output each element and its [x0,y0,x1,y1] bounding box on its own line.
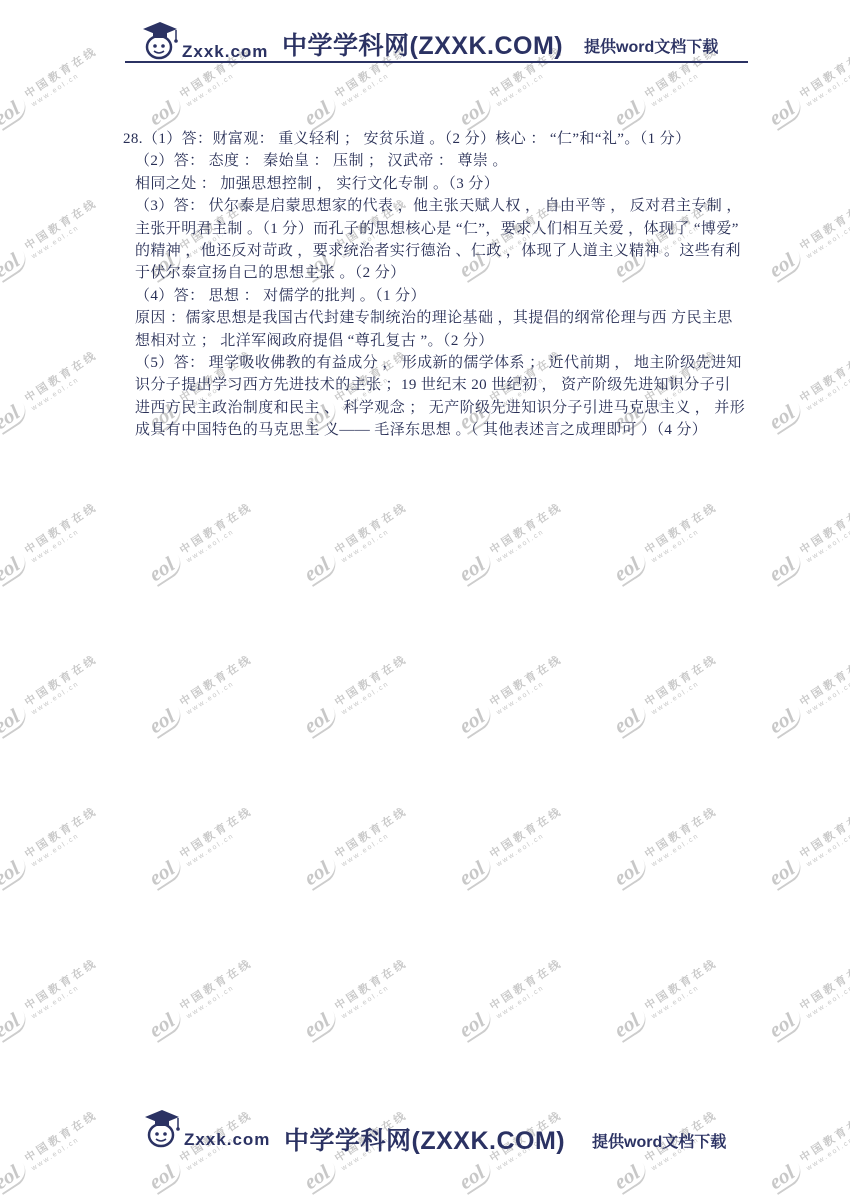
watermark-text-stack: 中国教育在线 www.eol.cn [798,350,850,414]
answer-line: （5）答： 理学吸收佛教的有益成分 ， 形成新的儒学体系 ； 近代前期 ， 地主… [135,352,745,374]
eol-logo: eol [457,704,496,739]
eol-watermark: eol 中国教育在线 www.eol.cn [156,809,286,901]
eol-logo: eol [767,552,806,587]
watermark-site-name: 中国教育在线 [23,958,99,1013]
watermark-text-stack: 中国教育在线 www.eol.cn [643,502,725,566]
answer-line: 原因 ：儒家思想是我国古代封建专制统治的理论基础 ，其提倡的纲常伦理与西 方民主… [135,307,745,329]
eol-watermark: eol 中国教育在线 www.eol.cn [1,353,131,445]
watermark-site-name: 中国教育在线 [23,806,99,861]
answer-line: 28.（1）答：财富观： 重义轻利 ； 安贫乐道 。（2 分）核心 ： “仁”和… [123,128,745,150]
watermark-text-stack: 中国教育在线 www.eol.cn [643,654,725,718]
eol-logo: eol [302,96,341,131]
eol-watermark-content: eol 中国教育在线 www.eol.cn [146,958,261,1043]
eol-watermark: eol 中国教育在线 www.eol.cn [776,809,850,901]
footer: Zxxk.com 中学学科网(ZXXK.COM) 提供word文档下载 [0,1090,850,1160]
watermark-text-stack: 中国教育在线 www.eol.cn [178,958,260,1022]
eol-watermark-content: eol 中国教育在线 www.eol.cn [146,502,261,587]
watermark-site-name: 中国教育在线 [643,654,719,709]
document-page: eol 中国教育在线 www.eol.cn eol 中国教育在线 www.eol… [0,0,850,1202]
eol-watermark: eol 中国教育在线 www.eol.cn [776,657,850,749]
watermark-text-stack: 中国教育在线 www.eol.cn [23,806,105,870]
answer-line: 于伏尔泰宣扬自己的思想主张 。（2 分） [135,262,745,284]
eol-watermark-content: eol 中国教育在线 www.eol.cn [611,654,726,739]
eol-logo: eol [147,1160,186,1195]
eol-logo: eol [767,248,806,283]
watermark-text-stack: 中国教育在线 www.eol.cn [488,806,570,870]
eol-watermark: eol 中国教育在线 www.eol.cn [1,657,131,749]
eol-watermark-content: eol 中国教育在线 www.eol.cn [611,502,726,587]
answer-line: 相同之处 ： 加强思想控制 ， 实行文化专制 。（3 分） [135,173,745,195]
eol-logo: eol [457,1160,496,1195]
eol-logo: eol [767,1160,806,1195]
eol-watermark-content: eol 中国教育在线 www.eol.cn [611,958,726,1043]
eol-watermark: eol 中国教育在线 www.eol.cn [156,505,286,597]
eol-watermark: eol 中国教育在线 www.eol.cn [311,505,441,597]
watermark-text-stack: 中国教育在线 www.eol.cn [798,654,850,718]
eol-logo: eol [767,96,806,131]
eol-watermark: eol 中国教育在线 www.eol.cn [621,809,751,901]
answer-line: 进西方民主政治制度和民主 、 科学观念 ； 无产阶级先进知识分子引进马克思主义 … [135,397,745,419]
watermark-site-name: 中国教育在线 [333,654,409,709]
eol-logo: eol [0,248,31,283]
eol-logo: eol [767,400,806,435]
watermark-site-name: 中国教育在线 [488,502,564,557]
eol-watermark-content: eol 中国教育在线 www.eol.cn [456,958,571,1043]
watermark-site-name: 中国教育在线 [333,958,409,1013]
eol-watermark: eol 中国教育在线 www.eol.cn [776,961,850,1053]
eol-watermark-content: eol 中国教育在线 www.eol.cn [766,958,850,1043]
watermark-text-stack: 中国教育在线 www.eol.cn [643,806,725,870]
eol-logo: eol [767,704,806,739]
eol-logo: eol [0,704,31,739]
watermark-text-stack: 中国教育在线 www.eol.cn [488,958,570,1022]
site-title-footer: 中学学科网(ZXXK.COM) [284,1121,565,1157]
eol-watermark-content: eol 中国教育在线 www.eol.cn [456,806,571,891]
eol-watermark: eol 中国教育在线 www.eol.cn [466,657,596,749]
eol-logo: eol [147,1008,186,1043]
eol-logo: eol [147,704,186,739]
eol-logo: eol [147,856,186,891]
answer-line: 的精神 ，他还反对苛政 ，要求统治者实行德治 、仁政 ，体现了人道主义精神 。这… [135,240,745,262]
zxxk-logo-text: Zxxk.com [184,1132,270,1148]
eol-watermark-content: eol 中国教育在线 www.eol.cn [0,198,106,283]
watermark-site-name: 中国教育在线 [488,806,564,861]
watermark-site-name: 中国教育在线 [643,958,719,1013]
answer-line: 识分子提出学习西方先进技术的主张 ；19 世纪末 20 世纪初 ， 资产阶级先进… [135,374,745,396]
eol-watermark: eol 中国教育在线 www.eol.cn [776,505,850,597]
eol-logo: eol [767,1008,806,1043]
answer-text-block: 28.（1）答：财富观： 重义轻利 ； 安贫乐道 。（2 分）核心 ： “仁”和… [135,128,745,442]
eol-watermark: eol 中国教育在线 www.eol.cn [621,961,751,1053]
answer-line: 想相对立 ； 北洋军阀政府提倡 “尊孔复古 ”。（2 分） [135,330,745,352]
eol-watermark: eol 中国教育在线 www.eol.cn [156,961,286,1053]
eol-watermark: eol 中国教育在线 www.eol.cn [311,961,441,1053]
watermark-text-stack: 中国教育在线 www.eol.cn [333,958,415,1022]
zxxk-logo-footer: Zxxk.com [144,1108,270,1148]
eol-logo: eol [767,856,806,891]
answer-line: 成具有中国特色的马克思主 义—— 毛泽东思想 。（ 其他表述言之成理即可 ）（4… [135,419,745,441]
header-divider [125,61,748,63]
watermark-text-stack: 中国教育在线 www.eol.cn [23,350,105,414]
eol-watermark-content: eol 中国教育在线 www.eol.cn [146,806,261,891]
eol-logo: eol [147,552,186,587]
eol-logo: eol [612,856,651,891]
watermark-site-name: 中国教育在线 [643,502,719,557]
eol-logo: eol [612,1160,651,1195]
watermark-site-name: 中国教育在线 [643,806,719,861]
graduate-mascot-icon [142,20,180,60]
watermark-site-name: 中国教育在线 [488,654,564,709]
watermark-site-name: 中国教育在线 [178,806,254,861]
eol-logo: eol [0,1160,31,1195]
zxxk-logo-text: Zxxk.com [182,44,268,60]
eol-logo: eol [302,704,341,739]
eol-logo: eol [0,400,31,435]
eol-watermark-content: eol 中国教育在线 www.eol.cn [0,654,106,739]
download-tagline: 提供word文档下载 [584,34,718,57]
watermark-text-stack: 中国教育在线 www.eol.cn [798,198,850,262]
watermark-site-name: 中国教育在线 [23,654,99,709]
eol-watermark: eol 中国教育在线 www.eol.cn [1,961,131,1053]
watermark-text-stack: 中国教育在线 www.eol.cn [798,806,850,870]
watermark-site-name: 中国教育在线 [23,502,99,557]
eol-logo: eol [0,96,31,131]
answer-line: （2）答： 态度 ： 秦始皇 ： 压制 ； 汉武帝 ： 尊崇 。 [135,150,745,172]
eol-watermark: eol 中国教育在线 www.eol.cn [776,353,850,445]
eol-watermark-content: eol 中国教育在线 www.eol.cn [301,502,416,587]
watermark-text-stack: 中国教育在线 www.eol.cn [23,958,105,1022]
eol-watermark-content: eol 中国教育在线 www.eol.cn [611,806,726,891]
watermark-text-stack: 中国教育在线 www.eol.cn [178,502,260,566]
eol-watermark: eol 中国教育在线 www.eol.cn [621,505,751,597]
zxxk-logo: Zxxk.com [142,20,268,60]
eol-watermark-content: eol 中国教育在线 www.eol.cn [766,806,850,891]
eol-logo: eol [612,96,651,131]
eol-watermark: eol 中国教育在线 www.eol.cn [776,201,850,293]
answer-line: 主张开明君主制 。（1 分）而孔子的思想核心是 “仁”，要求人们相互关爱 ，体现… [135,218,745,240]
download-tagline-footer: 提供word文档下载 [592,1129,726,1152]
eol-watermark-content: eol 中国教育在线 www.eol.cn [766,198,850,283]
eol-logo: eol [612,1008,651,1043]
watermark-text-stack: 中国教育在线 www.eol.cn [643,958,725,1022]
watermark-site-name: 中国教育在线 [178,502,254,557]
eol-watermark-content: eol 中国教育在线 www.eol.cn [146,654,261,739]
eol-logo: eol [0,1008,31,1043]
answer-line: （3）答： 伏尔泰是启蒙思想家的代表 ，他主张天赋人权 ， 自由平等 ， 反对君… [135,195,745,217]
watermark-text-stack: 中国教育在线 www.eol.cn [333,654,415,718]
eol-watermark-content: eol 中国教育在线 www.eol.cn [766,502,850,587]
watermark-text-stack: 中国教育在线 www.eol.cn [178,806,260,870]
eol-logo: eol [302,856,341,891]
watermark-text-stack: 中国教育在线 www.eol.cn [178,654,260,718]
eol-logo: eol [0,552,31,587]
eol-watermark: eol 中国教育在线 www.eol.cn [311,657,441,749]
site-title: 中学学科网(ZXXK.COM) [282,26,563,62]
eol-watermark: eol 中国教育在线 www.eol.cn [466,809,596,901]
eol-watermark: eol 中国教育在线 www.eol.cn [1,809,131,901]
eol-watermark: eol 中国教育在线 www.eol.cn [156,657,286,749]
watermark-text-stack: 中国教育在线 www.eol.cn [23,198,105,262]
watermark-text-stack: 中国教育在线 www.eol.cn [333,806,415,870]
watermark-site-name: 中国教育在线 [23,350,99,405]
watermark-site-name: 中国教育在线 [178,958,254,1013]
eol-logo: eol [457,552,496,587]
eol-watermark-content: eol 中国教育在线 www.eol.cn [301,806,416,891]
answer-line: （4）答： 思想 ： 对儒学的批判 。（1 分） [135,285,745,307]
eol-watermark-content: eol 中国教育在线 www.eol.cn [766,350,850,435]
watermark-text-stack: 中国教育在线 www.eol.cn [333,502,415,566]
header: Zxxk.com 中学学科网(ZXXK.COM) 提供word文档下载 [0,0,850,70]
watermark-text-stack: 中国教育在线 www.eol.cn [23,502,105,566]
eol-watermark: eol 中国教育在线 www.eol.cn [311,809,441,901]
eol-logo: eol [457,96,496,131]
watermark-site-name: 中国教育在线 [333,502,409,557]
eol-logo: eol [302,1160,341,1195]
eol-logo: eol [612,704,651,739]
eol-watermark-content: eol 中国教育在线 www.eol.cn [766,654,850,739]
watermark-site-name: 中国教育在线 [23,198,99,253]
eol-watermark-content: eol 中国教育在线 www.eol.cn [0,350,106,435]
eol-watermark: eol 中国教育在线 www.eol.cn [1,505,131,597]
eol-logo: eol [0,856,31,891]
eol-watermark-content: eol 中国教育在线 www.eol.cn [456,654,571,739]
eol-watermark-content: eol 中国教育在线 www.eol.cn [0,806,106,891]
eol-logo: eol [302,552,341,587]
eol-watermark-content: eol 中国教育在线 www.eol.cn [301,654,416,739]
eol-watermark-content: eol 中国教育在线 www.eol.cn [0,502,106,587]
eol-logo: eol [302,1008,341,1043]
eol-logo: eol [612,552,651,587]
eol-watermark-content: eol 中国教育在线 www.eol.cn [456,502,571,587]
eol-watermark: eol 中国教育在线 www.eol.cn [466,505,596,597]
watermark-text-stack: 中国教育在线 www.eol.cn [798,502,850,566]
eol-logo: eol [457,1008,496,1043]
watermark-text-stack: 中国教育在线 www.eol.cn [488,502,570,566]
eol-logo: eol [147,96,186,131]
watermark-site-name: 中国教育在线 [488,958,564,1013]
eol-watermark-content: eol 中国教育在线 www.eol.cn [0,958,106,1043]
eol-watermark: eol 中国教育在线 www.eol.cn [466,961,596,1053]
eol-watermark: eol 中国教育在线 www.eol.cn [621,657,751,749]
eol-logo: eol [457,856,496,891]
watermark-site-name: 中国教育在线 [333,806,409,861]
watermark-text-stack: 中国教育在线 www.eol.cn [488,654,570,718]
graduate-mascot-icon [144,1108,182,1148]
eol-watermark: eol 中国教育在线 www.eol.cn [1,201,131,293]
watermark-text-stack: 中国教育在线 www.eol.cn [798,958,850,1022]
eol-watermark-content: eol 中国教育在线 www.eol.cn [301,958,416,1043]
watermark-text-stack: 中国教育在线 www.eol.cn [23,654,105,718]
watermark-site-name: 中国教育在线 [178,654,254,709]
